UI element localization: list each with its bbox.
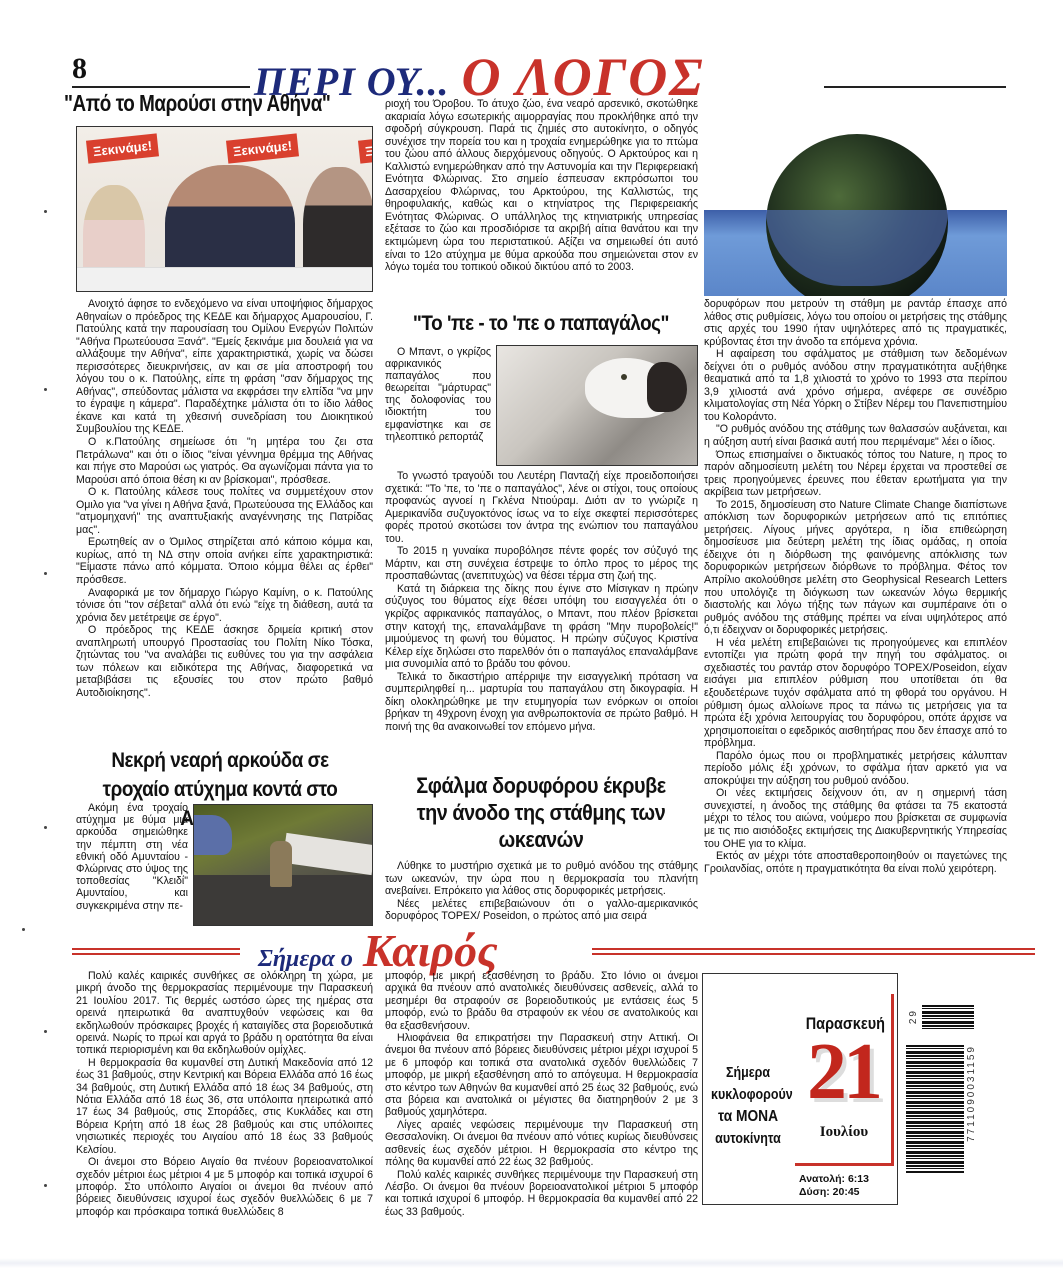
paragraph: Το 2015, δημοσίευση στο Nature Climate C…: [704, 499, 1007, 637]
person: [270, 841, 292, 887]
paragraph: Οι νέες εκτιμήσεις δείχνουν ότι, αν η ση…: [704, 787, 1007, 850]
paragraph: Όπως επισημαίνει ο δικτυακός τόπος του N…: [704, 449, 1007, 499]
paragraph: Οι άνεμοι στο Βόρειο Αιγαίο θα πνέουν βο…: [76, 1156, 373, 1218]
article-satellite-body-left: Λύθηκε το μυστήριο σχετικά με το ρυθμό α…: [385, 860, 698, 923]
photo-banner: Ξεκινάμε!: [226, 133, 299, 163]
barcode-main-bars: [906, 1045, 964, 1173]
article-parrot-lead: Ο Μπαντ, ο γκρίζος αφρικανικός παπαγάλος…: [385, 346, 491, 443]
sun-times: Ανατολή: 6:13 Δύση: 20:45: [799, 1173, 869, 1198]
earth-in-ocean-photo: [704, 108, 1007, 296]
margin-dot: [44, 826, 47, 829]
barcode-digits: 7711090031159: [966, 1045, 977, 1142]
paragraph: δορυφόρων που μετρούν τη στάθμη με ραντά…: [704, 298, 1007, 348]
paragraph: Ο κ.Πατούλης σημείωσε ότι "η μητέρα του …: [76, 436, 373, 486]
weather-section-header: Σήμερα ο Καιρός: [30, 932, 1033, 972]
photo-banner: Ξεκινάμε!: [86, 133, 159, 163]
paragraph: Ερωτηθείς αν ο Όμιλος στηρίζεται από κάπ…: [76, 536, 373, 586]
paragraph: Παρόλο όμως που οι προβληματικές μετρήσε…: [704, 750, 1007, 788]
table: [77, 267, 372, 291]
article-bear-lead: Ακόμη ένα τροχαίο ατύχημα με θύμα μια αρ…: [76, 802, 188, 912]
paragraph: Τελικά το δικαστήριο απέρριψε την εισαγγ…: [385, 671, 698, 734]
paragraph: Η θερμοκρασία θα κυμανθεί στη Δυτική Μακ…: [76, 1057, 373, 1156]
margin-dot: [44, 210, 47, 213]
barcode-addon-bars: [922, 1005, 974, 1031]
masthead-rule-left: [72, 86, 250, 88]
photo-banner: Ξεκινάμε!: [358, 133, 373, 163]
traffic-notice-line: αυτοκίνητα: [711, 1128, 785, 1150]
sheet: [282, 833, 373, 875]
paragraph: Νέες μελέτες επιβεβαιώνουν ότι ο γαλλο-α…: [385, 898, 698, 923]
paragraph: Το γνωστό τραγούδι του Λευτέρη Πανταζή ε…: [385, 470, 698, 545]
scan-edge: [0, 1258, 1063, 1268]
paragraph: ριοχή του Όροβου. Το άτυχο ζώο, ένα νεαρ…: [385, 98, 698, 274]
traffic-notice: Σήμερα κυκλοφορούν τα ΜΟΝΑ αυτοκίνητα: [711, 1062, 785, 1150]
traffic-notice-line: τα ΜΟΝΑ: [711, 1106, 785, 1128]
barcode-addon-digits: 29: [908, 1009, 919, 1024]
weather-title-prefix: Σήμερα ο: [258, 946, 353, 972]
article-parrot-body: Το γνωστό τραγούδι του Λευτέρη Πανταζή ε…: [385, 470, 698, 733]
margin-dot: [44, 1184, 47, 1187]
calendar-rule-vertical: [891, 994, 894, 1166]
headline-marousi: "Από το Μαρούσι στην Αθήνα": [64, 90, 318, 117]
weather-column-2: μποφόρ, με μικρή εξασθένηση το βράδυ. Στ…: [385, 970, 698, 1218]
paragraph: μποφόρ, με μικρή εξασθένηση το βράδυ. Στ…: [385, 970, 698, 1032]
paragraph: Η νέα μελέτη επιβεβαιώνει τις προηγούμεν…: [704, 637, 1007, 750]
paragraph: Ηλιοφάνεια θα επικρατήσει την Παρασκευή …: [385, 1032, 698, 1119]
paragraph: Λύθηκε το μυστήριο σχετικά με το ρυθμό α…: [385, 860, 698, 898]
paragraph: Ο Μπαντ, ο γκρίζος αφρικανικός παπαγάλος…: [385, 346, 491, 443]
headline-parrot: "Το 'πε - το 'πε ο παπαγάλος": [400, 312, 683, 336]
weather-column-1: Πολύ καλές καιρικές συνθήκες σε ολόκληρη…: [76, 970, 373, 1218]
paragraph: "Ο ρυθμός ανόδου της στάθμης των θαλασσώ…: [704, 423, 1007, 448]
bear-accident-photo: [193, 804, 373, 926]
weather-rule-right: [592, 948, 1035, 955]
calendar-rule-horizontal: [795, 1163, 894, 1166]
traffic-notice-line: κυκλοφορούν: [711, 1084, 785, 1106]
paragraph: Λίγες αραιές νεφώσεις περιμένουμε την Πα…: [385, 1119, 698, 1169]
margin-dot: [44, 388, 47, 391]
barcode: 29 7711090031159: [906, 1005, 976, 1195]
paragraph: Ο πρόεδρος της ΚΕΔΕ άσκησε δριμεία κριτι…: [76, 624, 373, 699]
paragraph: Αναφορικά με τον δήμαρχο Γιώργο Καμίνη, …: [76, 587, 373, 625]
calendar-month: Ιουλίου: [799, 1124, 889, 1141]
paragraph: Ακόμη ένα τροχαίο ατύχημα με θύμα μια αρ…: [76, 802, 188, 912]
margin-dot: [44, 1030, 47, 1033]
paragraph: Πολύ καλές καιρικές συνθήκες περιμένουμε…: [385, 1169, 698, 1219]
press-conference-photo: Ξεκινάμε! Ξεκινάμε! Ξεκινάμε!: [76, 126, 373, 292]
paragraph: Το 2015 η γυναίκα πυροβόλησε πέντε φορές…: [385, 545, 698, 583]
calendar-box: Σήμερα κυκλοφορούν τα ΜΟΝΑ αυτοκίνητα Πα…: [702, 973, 898, 1205]
paragraph: Εκτός αν μέχρι τότε αποσταθεροποιηθούν ο…: [704, 850, 1007, 875]
car: [194, 815, 232, 855]
sunrise-time: Ανατολή: 6:13: [799, 1173, 869, 1186]
margin-dot: [44, 572, 47, 575]
parrot-eye: [621, 374, 627, 380]
calendar-day: 21: [795, 1032, 891, 1112]
paragraph: Ανοιχτό άφησε το ενδεχόμενο να είναι υπο…: [76, 298, 373, 436]
article-satellite-body-right: δορυφόρων που μετρούν τη στάθμη με ραντά…: [704, 298, 1007, 875]
traffic-notice-line: Σήμερα: [711, 1062, 785, 1084]
paragraph: Κατά τη διάρκεια της δίκης που έγινε στο…: [385, 583, 698, 671]
parrot-photo: [496, 345, 698, 466]
article-marousi-body: Ανοιχτό άφησε το ενδεχόμενο να είναι υπο…: [76, 298, 373, 700]
masthead-rule-right: [824, 86, 1006, 88]
page-number: 8: [72, 52, 87, 86]
weather-rule-left: [72, 948, 240, 955]
paragraph: Ο κ. Πατούλης κάλεσε τους πολίτες να συμ…: [76, 486, 373, 536]
paragraph: Πολύ καλές καιρικές συνθήκες σε ολόκληρη…: [76, 970, 373, 1057]
sunset-time: Δύση: 20:45: [799, 1186, 869, 1199]
article-bear-continuation: ριοχή του Όροβου. Το άτυχο ζώο, ένα νεαρ…: [385, 98, 698, 274]
weather-title-main: Καιρός: [363, 925, 498, 976]
margin-dot: [22, 928, 25, 931]
parrot-beak: [647, 362, 687, 412]
headline-satellite: Σφάλμα δορυφόρου έκρυβε την άνοδο της στ…: [400, 772, 683, 853]
paragraph: Η αφαίρεση του σφάλματος με στάθμιση των…: [704, 348, 1007, 423]
